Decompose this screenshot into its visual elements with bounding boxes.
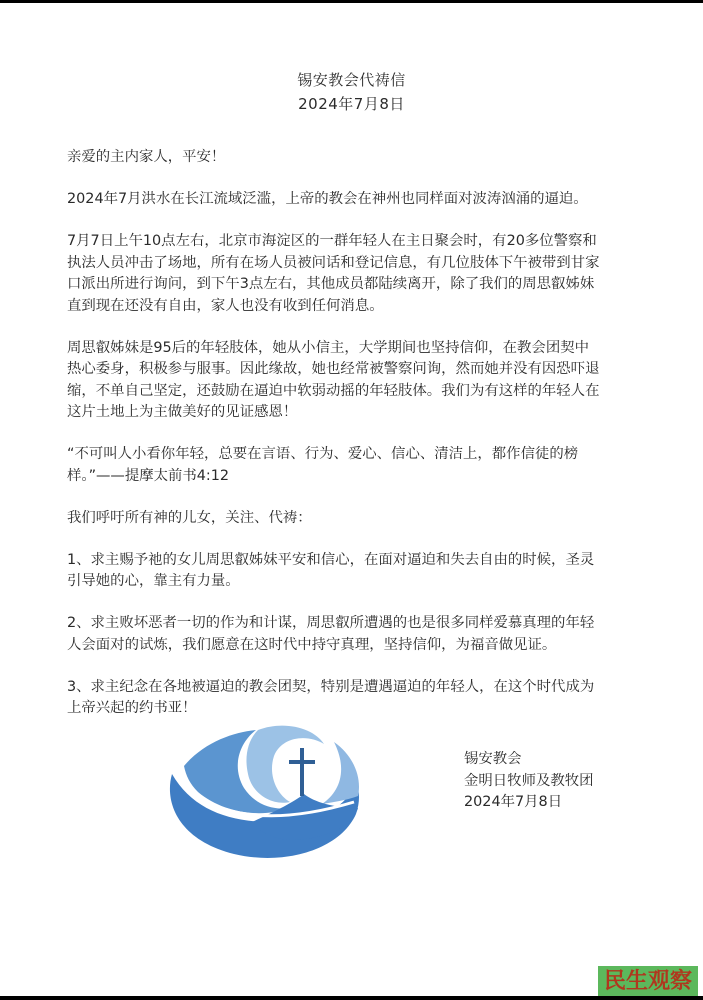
- paragraph-line: 周思叡姊妹是95后的年轻肢体，她从小信主，大学期间也坚持信仰，在教会团契中: [67, 338, 642, 360]
- scripture-quote: “不可叫人小看你年轻，总要在言语、行为、爱心、信心、清洁上，都作信徒的榜 样。”…: [67, 444, 642, 487]
- watermark-badge: 民生观察: [598, 966, 698, 996]
- bottom-border: [0, 996, 703, 1000]
- greeting: 亲爱的主内家人，平安！: [67, 147, 642, 169]
- signature-church: 锡安教会: [464, 749, 594, 771]
- paragraph-line: 我们呼吁所有神的儿女，关注、代祷：: [67, 508, 642, 530]
- paragraph-line: 2、求主败坏恶者一切的作为和计谋，周思叡所遭遇的也是很多同样爱慕真理的年轻: [67, 613, 642, 635]
- paragraph-line: 人会面对的试炼，我们愿意在这时代中持守真理，坚持信仰，为福音做见证。: [67, 635, 642, 657]
- paragraph-line: “不可叫人小看你年轻，总要在言语、行为、爱心、信心、清洁上，都作信徒的榜: [67, 444, 642, 466]
- paragraph-line: 1、求主赐予祂的女儿周思叡姊妹平安和信心，在面对逼迫和失去自由的时候，圣灵: [67, 550, 642, 572]
- wave-cross-logo-icon: [164, 722, 366, 860]
- church-logo: [164, 722, 366, 860]
- signature-block: 锡安教会 金明日牧师及教牧团 2024年7月8日: [464, 749, 594, 814]
- paragraph-line: 2024年7月洪水在长江流域泛滥，上帝的教会在神州也同样面对波涛汹涌的逼迫。: [67, 189, 642, 211]
- prayer-item-3: 3、求主纪念在各地被逼迫的教会团契，特别是遭遇逼迫的年轻人，在这个时代成为 上帝…: [67, 677, 642, 720]
- letter-date: 2024年7月8日: [0, 92, 703, 116]
- call-to-prayer: 我们呼吁所有神的儿女，关注、代祷：: [67, 508, 642, 530]
- paragraph-line: 样。”——提摩太前书4:12: [67, 466, 642, 488]
- greeting-text: 亲爱的主内家人，平安！: [67, 147, 642, 169]
- letter-title: 锡安教会代祷信: [0, 68, 703, 92]
- prayer-item-2: 2、求主败坏恶者一切的作为和计谋，周思叡所遭遇的也是很多同样爱慕真理的年轻 人会…: [67, 613, 642, 656]
- paragraph-line: 这片土地上为主做美好的见证感恩！: [67, 402, 642, 424]
- signature-pastor: 金明日牧师及教牧团: [464, 771, 594, 793]
- paragraph-line: 引导她的心，靠主有力量。: [67, 571, 642, 593]
- prayer-letter-page: 锡安教会代祷信 2024年7月8日 亲爱的主内家人，平安！ 2024年7月洪水在…: [0, 0, 703, 1000]
- paragraph-line: 上帝兴起的约书亚！: [67, 698, 642, 720]
- paragraph-line: 热心委身，积极参与服事。因此缘故，她也经常被警察问询，然而她并没有因恐吓退: [67, 359, 642, 381]
- letter-body: 亲爱的主内家人，平安！ 2024年7月洪水在长江流域泛滥，上帝的教会在神州也同样…: [67, 147, 642, 740]
- paragraph-sister-profile: 周思叡姊妹是95后的年轻肢体，她从小信主，大学期间也坚持信仰，在教会团契中 热心…: [67, 338, 642, 424]
- paragraph-line: 口派出所进行询问，到下午3点左右，其他成员都陆续离开，除了我们的周思叡姊妹: [67, 274, 642, 296]
- paragraph-line: 直到现在还没有自由，家人也没有收到任何消息。: [67, 296, 642, 318]
- paragraph-line: 7月7日上午10点左右，北京市海淀区的一群年轻人在主日聚会时，有20多位警察和: [67, 231, 642, 253]
- prayer-item-1: 1、求主赐予祂的女儿周思叡姊妹平安和信心，在面对逼迫和失去自由的时候，圣灵 引导…: [67, 550, 642, 593]
- paragraph-line: 执法人员冲击了场地，所有在场人员被问话和登记信息，有几位肢体下午被带到甘家: [67, 253, 642, 275]
- paragraph-incident: 7月7日上午10点左右，北京市海淀区的一群年轻人在主日聚会时，有20多位警察和 …: [67, 231, 642, 317]
- paragraph-flood: 2024年7月洪水在长江流域泛滥，上帝的教会在神州也同样面对波涛汹涌的逼迫。: [67, 189, 642, 211]
- signature-date: 2024年7月8日: [464, 792, 594, 814]
- paragraph-line: 缩，不单自己坚定，还鼓励在逼迫中软弱动摇的年轻肢体。我们为有这样的年轻人在: [67, 381, 642, 403]
- paragraph-line: 3、求主纪念在各地被逼迫的教会团契，特别是遭遇逼迫的年轻人，在这个时代成为: [67, 677, 642, 699]
- letter-header: 锡安教会代祷信 2024年7月8日: [0, 68, 703, 116]
